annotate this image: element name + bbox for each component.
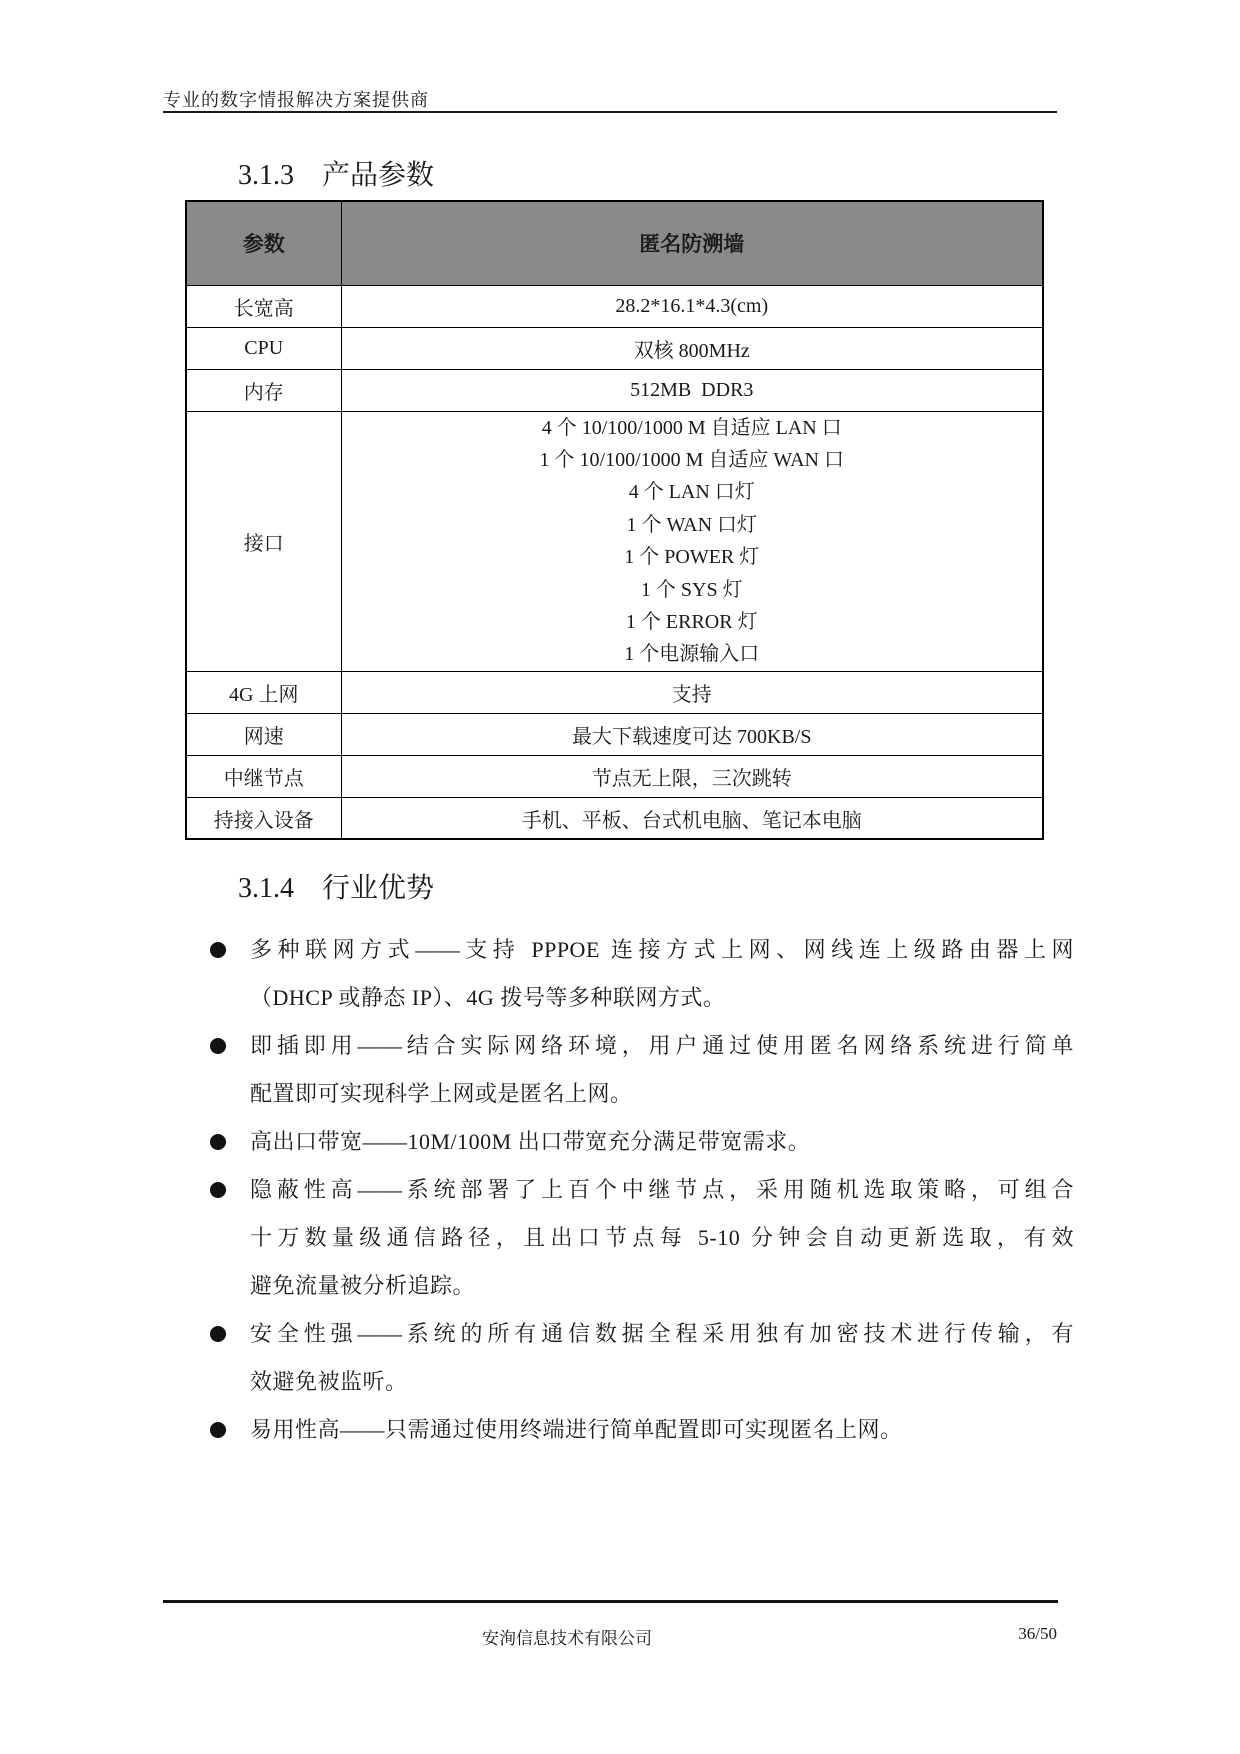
advantage-line: 十万数量级通信路径，且出口节点每 5-10 分钟会自动更新选取，有效 bbox=[250, 1214, 1074, 1262]
spec-param-cell: 中继节点 bbox=[186, 755, 341, 797]
advantage-item: 易用性高——只需通过使用终端进行简单配置即可实现匿名上网。 bbox=[208, 1406, 1074, 1454]
advantage-item: 安全性强——系统的所有通信数据全程采用独有加密技术进行传输，有效避免被监听。 bbox=[208, 1310, 1074, 1406]
col-header-product: 匿名防溯墙 bbox=[341, 201, 1043, 285]
spec-param-cell: 接口 bbox=[186, 411, 341, 671]
col-header-param: 参数 bbox=[186, 201, 341, 285]
spec-value-cell: 最大下载速度可达 700KB/S bbox=[341, 713, 1043, 755]
table-row: 内存512MB DDR3 bbox=[186, 369, 1043, 411]
spec-param-cell: 4G 上网 bbox=[186, 671, 341, 713]
table-row: 4G 上网支持 bbox=[186, 671, 1043, 713]
bullet-icon bbox=[210, 1182, 226, 1198]
document-page: 专业的数字情报解决方案提供商 3.1.3产品参数 参数 匿名防溯墙 长宽高28.… bbox=[0, 0, 1240, 1754]
spec-value-cell: 手机、平板、台式机电脑、笔记本电脑 bbox=[341, 797, 1043, 839]
table-row: 持接入设备手机、平板、台式机电脑、笔记本电脑 bbox=[186, 797, 1043, 839]
bullet-icon bbox=[210, 1326, 226, 1342]
advantage-line: （DHCP 或静态 IP）、4G 拨号等多种联网方式。 bbox=[250, 974, 1074, 1022]
spec-param-cell: CPU bbox=[186, 327, 341, 369]
spec-value-cell: 4 个 10/100/1000 M 自适应 LAN 口1 个 10/100/10… bbox=[341, 411, 1043, 671]
bullet-icon bbox=[210, 1134, 226, 1150]
page-header-text: 专业的数字情报解决方案提供商 bbox=[163, 86, 429, 112]
bullet-icon bbox=[210, 942, 226, 958]
spec-param-cell: 内存 bbox=[186, 369, 341, 411]
spec-value-line: 1 个电源输入口 bbox=[342, 638, 1043, 670]
spec-value-line: 1 个 SYS 灯 bbox=[342, 574, 1043, 606]
advantage-line: 高出口带宽——10M/100M 出口带宽充分满足带宽需求。 bbox=[250, 1118, 1074, 1166]
footer-company: 安洵信息技术有限公司 bbox=[482, 1624, 652, 1649]
spec-value-line: 1 个 ERROR 灯 bbox=[342, 606, 1043, 638]
spec-value-cell: 512MB DDR3 bbox=[341, 369, 1043, 411]
spec-value-cell: 28.2*16.1*4.3(cm) bbox=[341, 285, 1043, 327]
advantage-line: 避免流量被分析追踪。 bbox=[250, 1262, 1074, 1310]
header-rule bbox=[163, 111, 1057, 113]
advantage-item: 即插即用——结合实际网络环境，用户通过使用匿名网络系统进行简单配置即可实现科学上… bbox=[208, 1022, 1074, 1118]
advantage-line: 易用性高——只需通过使用终端进行简单配置即可实现匿名上网。 bbox=[250, 1406, 1074, 1454]
spec-param-cell: 持接入设备 bbox=[186, 797, 341, 839]
table-row: 网速最大下载速度可达 700KB/S bbox=[186, 713, 1043, 755]
table-row: 长宽高28.2*16.1*4.3(cm) bbox=[186, 285, 1043, 327]
section-heading-industry-advantages: 3.1.4行业优势 bbox=[238, 866, 434, 906]
section-heading-product-params: 3.1.3产品参数 bbox=[238, 153, 434, 193]
advantage-line: 配置即可实现科学上网或是匿名上网。 bbox=[250, 1070, 1074, 1118]
spec-value-line: 4 个 10/100/1000 M 自适应 LAN 口 bbox=[342, 412, 1043, 444]
product-spec-table: 参数 匿名防溯墙 长宽高28.2*16.1*4.3(cm)CPU双核 800MH… bbox=[185, 200, 1044, 840]
section-number: 3.1.4 bbox=[238, 873, 294, 904]
footer-page-number: 36/50 bbox=[1018, 1624, 1057, 1644]
spec-param-cell: 网速 bbox=[186, 713, 341, 755]
advantages-list: 多种联网方式——支持 PPPOE 连接方式上网、网线连上级路由器上网（DHCP … bbox=[208, 926, 1074, 1454]
advantage-line: 即插即用——结合实际网络环境，用户通过使用匿名网络系统进行简单 bbox=[250, 1022, 1074, 1070]
table-row: CPU双核 800MHz bbox=[186, 327, 1043, 369]
spec-value-cell: 双核 800MHz bbox=[341, 327, 1043, 369]
spec-value-line: 4 个 LAN 口灯 bbox=[342, 476, 1043, 508]
bullet-icon bbox=[210, 1038, 226, 1054]
advantage-line: 隐蔽性高——系统部署了上百个中继节点，采用随机选取策略，可组合 bbox=[250, 1166, 1074, 1214]
spec-value-cell: 支持 bbox=[341, 671, 1043, 713]
section-title: 产品参数 bbox=[322, 160, 434, 191]
section-title: 行业优势 bbox=[322, 873, 434, 904]
advantage-line: 多种联网方式——支持 PPPOE 连接方式上网、网线连上级路由器上网 bbox=[250, 926, 1074, 974]
spec-value-line: 1 个 WAN 口灯 bbox=[342, 509, 1043, 541]
table-row: 中继节点节点无上限，三次跳转 bbox=[186, 755, 1043, 797]
spec-value-line: 1 个 POWER 灯 bbox=[342, 541, 1043, 573]
spec-value-line: 1 个 10/100/1000 M 自适应 WAN 口 bbox=[342, 444, 1043, 476]
spec-value-cell: 节点无上限，三次跳转 bbox=[341, 755, 1043, 797]
advantage-item: 多种联网方式——支持 PPPOE 连接方式上网、网线连上级路由器上网（DHCP … bbox=[208, 926, 1074, 1022]
bullet-icon bbox=[210, 1422, 226, 1438]
advantage-item: 隐蔽性高——系统部署了上百个中继节点，采用随机选取策略，可组合十万数量级通信路径… bbox=[208, 1166, 1074, 1310]
section-number: 3.1.3 bbox=[238, 160, 294, 191]
advantage-line: 安全性强——系统的所有通信数据全程采用独有加密技术进行传输，有 bbox=[250, 1310, 1074, 1358]
advantage-item: 高出口带宽——10M/100M 出口带宽充分满足带宽需求。 bbox=[208, 1118, 1074, 1166]
spec-param-cell: 长宽高 bbox=[186, 285, 341, 327]
table-header-row: 参数 匿名防溯墙 bbox=[186, 201, 1043, 285]
table-row: 接口4 个 10/100/1000 M 自适应 LAN 口1 个 10/100/… bbox=[186, 411, 1043, 671]
footer-rule bbox=[163, 1600, 1058, 1603]
advantage-line: 效避免被监听。 bbox=[250, 1358, 1074, 1406]
